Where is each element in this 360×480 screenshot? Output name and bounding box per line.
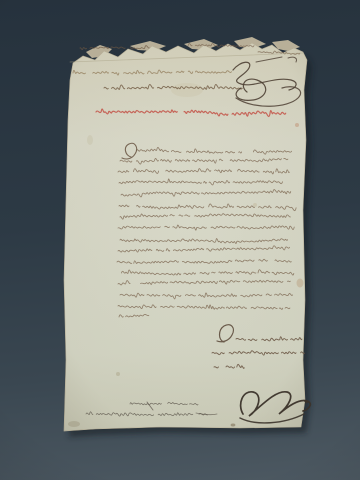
foxing-stain — [116, 372, 120, 376]
foxing-stain — [253, 203, 257, 207]
foxing-stain — [295, 123, 299, 127]
paper-vignette — [64, 43, 307, 431]
foxing-stain — [171, 83, 203, 97]
photo-backdrop — [0, 0, 360, 480]
foxing-stain — [297, 279, 304, 288]
ink-flourish — [305, 401, 307, 403]
foxing-stain — [87, 135, 93, 145]
manuscript-svg — [0, 0, 360, 480]
foxing-stain — [231, 424, 236, 427]
foxing-stain — [68, 421, 80, 427]
